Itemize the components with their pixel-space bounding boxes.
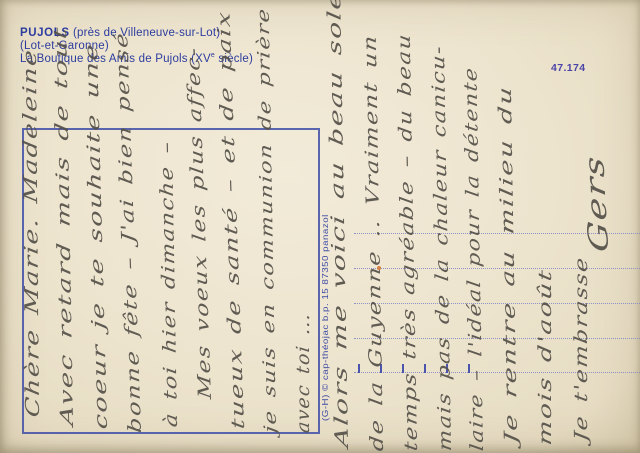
signature: Gers: [581, 153, 613, 254]
postcard-back: PUJOLS (près de Villeneuve-sur-Lot) (Lot…: [0, 0, 640, 453]
handwriting-line: Avec retard mais de tout: [52, 25, 77, 427]
ink-speck: [377, 266, 381, 270]
handwriting-line: Chère Marie. Madeleine: [21, 47, 43, 418]
reference-number: 47.174: [551, 62, 586, 74]
handwriting-line: mais pas de la chaleur canicu-: [430, 44, 455, 452]
address-dotted-line: [354, 338, 640, 339]
postal-code-tick: [424, 364, 426, 373]
handwriting-line: mois d'août: [537, 268, 555, 447]
postal-code-tick: [358, 364, 360, 373]
address-dotted-line: [354, 303, 640, 304]
handwriting-line: temps très agréable – du beau: [396, 32, 421, 452]
handwriting-line: laire – l'idéal pour la détente: [462, 66, 487, 452]
handwriting-line: à toi hier dimanche –: [158, 139, 181, 428]
handwriting-line: je suis en communion de prière: [256, 7, 280, 435]
handwriting-line: Je rentre au milieu du: [497, 84, 521, 444]
handwriting-line: Je t'embrasse: [573, 255, 591, 442]
address-dotted-line: [354, 372, 640, 373]
handwriting-line: avec toi ...: [295, 312, 313, 434]
handwriting-line: de la Guyenne .. Vraiment un: [362, 33, 387, 452]
